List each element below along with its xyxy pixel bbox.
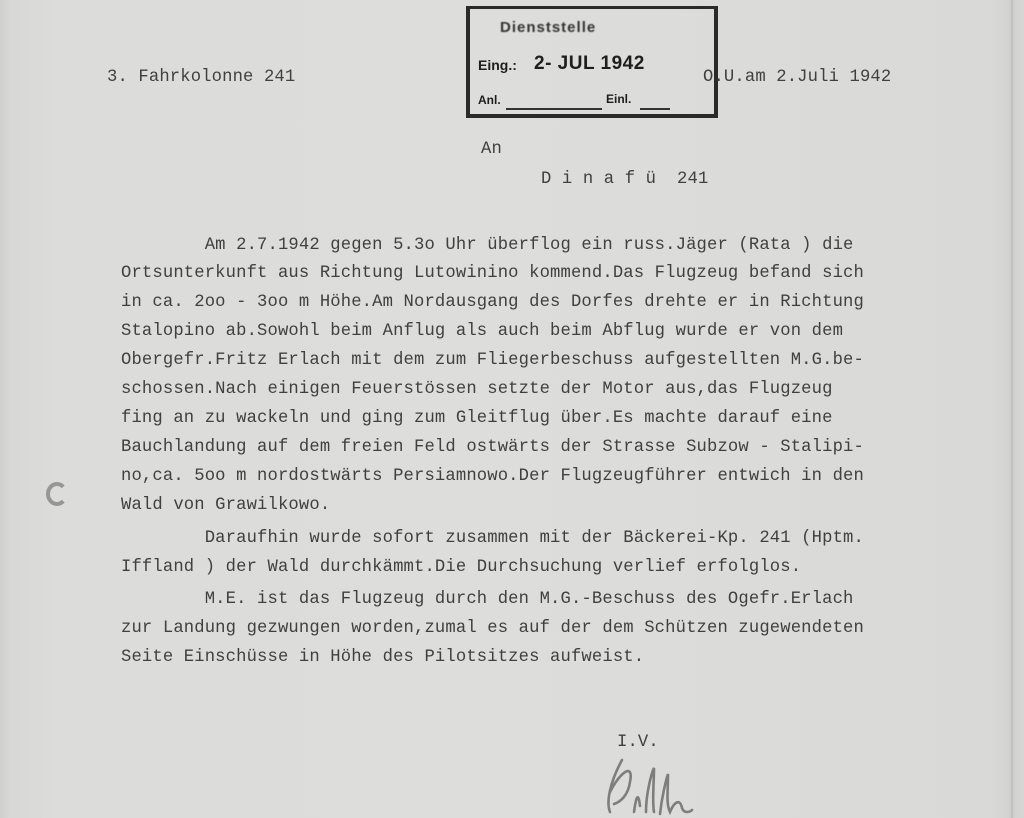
stamp-field1-label: Anl. (478, 93, 501, 107)
punch-hole-icon (46, 482, 68, 506)
recipient-prefix: An (481, 140, 502, 160)
stamp-field2-line (640, 108, 670, 110)
body-line: no,ca. 5oo m nordostwärts Persiamnowo.De… (121, 467, 864, 487)
body-line: fing an zu wackeln und ging zum Gleitflu… (121, 409, 833, 429)
body-line: in ca. 2oo - 3oo m Höhe.Am Nordausgang d… (121, 293, 864, 313)
stamp-date: 2- JUL 1942 (534, 53, 645, 75)
body-line: Daraufhin wurde sofort zusammen mit der … (121, 529, 864, 549)
stamp-field1-line (506, 108, 602, 110)
body-line: Iffland ) der Wald durchkämmt.Die Durchs… (121, 558, 801, 578)
body-line: Obergefr.Fritz Erlach mit dem zum Fliege… (121, 351, 864, 371)
body-line: Stalopino ab.Sowohl beim Anflug als auch… (121, 322, 843, 342)
closing-line: I.V. (617, 733, 659, 753)
signature-icon (600, 752, 710, 818)
body-line: schossen.Nach einigen Feuerstössen setzt… (121, 380, 833, 400)
stamp-header: Dienststelle (500, 19, 596, 36)
body-line: Wald von Grawilkowo. (121, 496, 330, 516)
receipt-stamp: Dienststelle Eing.: 2- JUL 1942 Anl. Ein… (466, 6, 718, 118)
stamp-date-label: Eing.: (478, 57, 517, 73)
place-date-line: O.U.am 2.Juli 1942 (703, 68, 891, 88)
body-line: Ortsunterkunft aus Richtung Lutowinino k… (121, 264, 864, 284)
body-line: Seite Einschüsse in Höhe des Pilotsitzes… (121, 648, 644, 668)
document-page: 3. Fahrkolonne 241 Dienststelle Eing.: 2… (0, 0, 1024, 818)
body-line: Bauchlandung auf dem freien Feld ostwärt… (121, 438, 864, 458)
body-line: zur Landung gezwungen worden,zumal es au… (121, 619, 864, 639)
page-edge (1011, 0, 1013, 818)
body-line: Am 2.7.1942 gegen 5.3o Uhr überflog ein … (121, 236, 854, 256)
body-line: M.E. ist das Flugzeug durch den M.G.-Bes… (121, 590, 854, 610)
recipient-name: D i n a f ü 241 (541, 170, 708, 190)
stamp-field2-label: Einl. (606, 92, 631, 106)
sender-line: 3. Fahrkolonne 241 (107, 68, 295, 88)
